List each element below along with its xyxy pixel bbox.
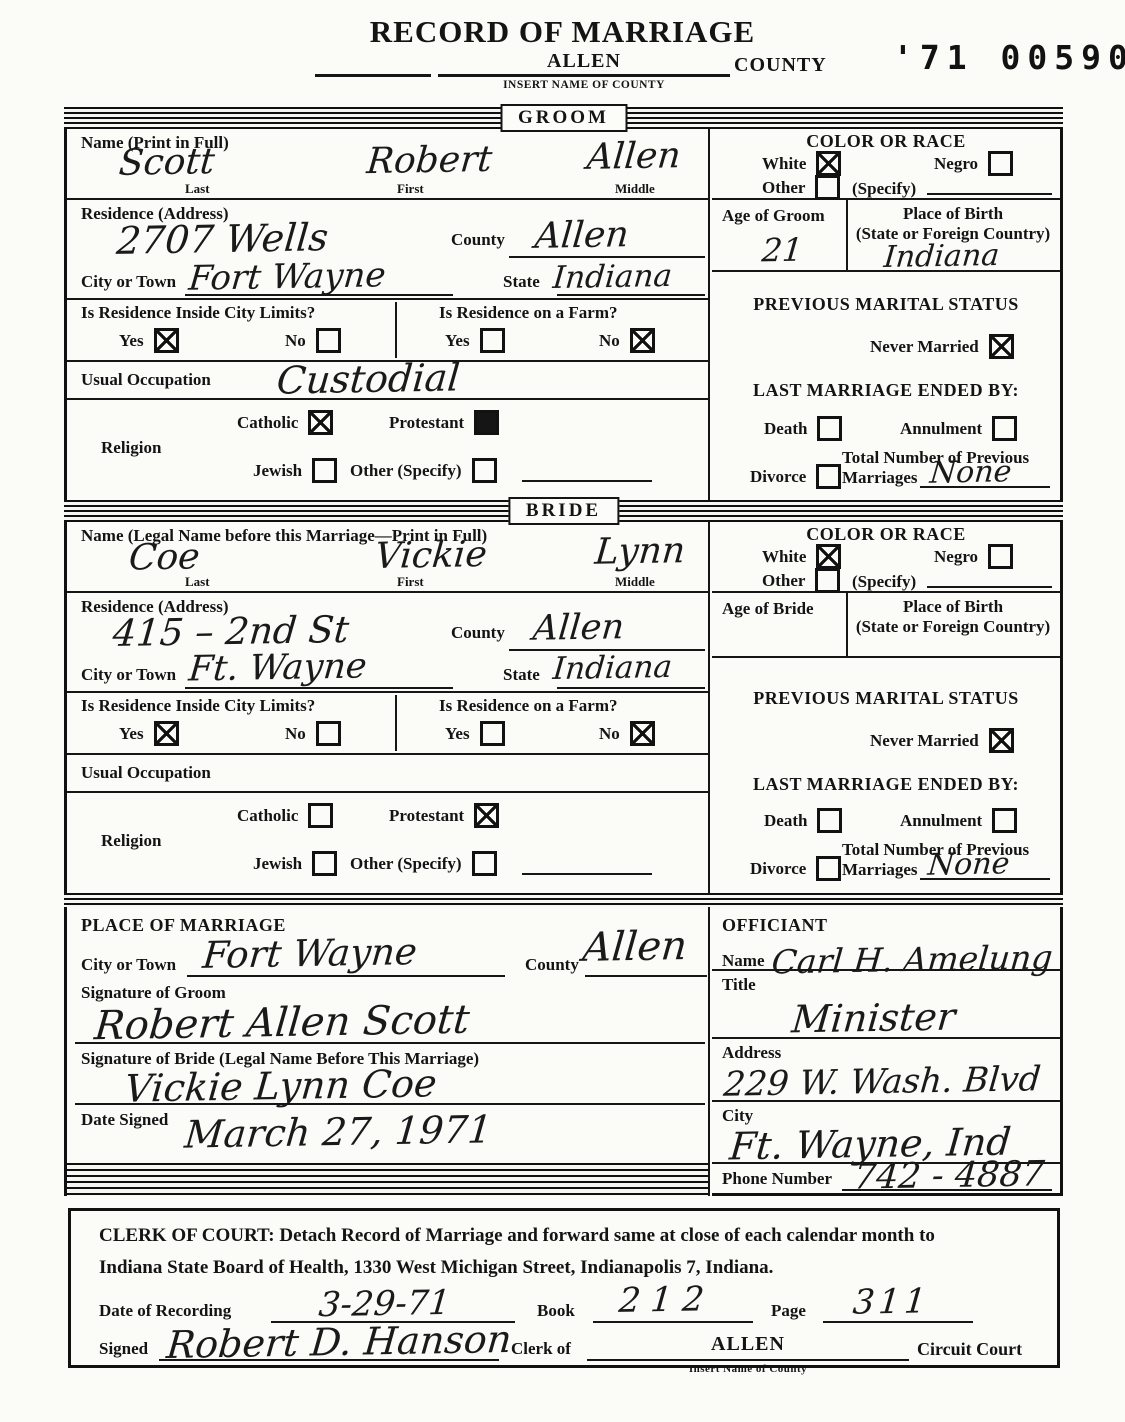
groom-pms-title: PREVIOUS MARITAL STATUS — [712, 294, 1060, 315]
groom-right-column: COLOR OR RACE White Negro Other (Specify… — [712, 129, 1060, 500]
bride-white-checkbox — [816, 544, 841, 569]
bride-limits-no-checkbox — [316, 721, 341, 746]
bride-occupation-label: Usual Occupation — [81, 763, 211, 783]
bride-limits-no-label: No — [285, 724, 306, 744]
groom-limits-no-checkbox — [316, 328, 341, 353]
officiant-title: OFFICIANT — [722, 915, 828, 936]
bride-death-checkbox — [817, 808, 842, 833]
bride-first-name-value: Vickie — [373, 537, 488, 575]
officiant-address-line — [712, 1100, 1060, 1102]
groom-age-row: Age of Groom 21 Place of Birth (State or… — [712, 200, 1060, 272]
bride-jewish-label: Jewish — [253, 854, 302, 874]
header-county-name: ALLEN — [438, 50, 730, 73]
bride-limits-question: Is Residence Inside City Limits? — [81, 696, 315, 716]
groom-state-label: State — [503, 272, 540, 292]
groom-signature-label: Signature of Groom — [81, 983, 226, 1003]
groom-jewish-label: Jewish — [253, 461, 302, 481]
groom-other-religion-label: Other (Specify) — [350, 461, 462, 481]
bride-negro-label: Negro — [934, 547, 978, 567]
groom-race-specify-label: (Specify) — [852, 179, 916, 199]
groom-protestant-label: Protestant — [389, 413, 464, 433]
groom-last-name-value: Scott — [117, 144, 216, 182]
bride-farm-question: Is Residence on a Farm? — [439, 696, 617, 716]
bride-other-religion-line — [522, 851, 652, 875]
form-right-edge — [1060, 107, 1063, 1196]
bride-section-title: BRIDE — [508, 497, 619, 525]
groom-section-bar: GROOM — [64, 107, 1063, 129]
bride-residence-value: 415 – 2nd St — [111, 611, 350, 652]
bride-other-religion-label: Other (Specify) — [350, 854, 462, 874]
bride-section-bar: BRIDE — [64, 500, 1063, 522]
bride-signature-line — [75, 1103, 705, 1105]
record-number-stamp: '71 005907 — [893, 38, 1125, 77]
groom-limits-divider — [395, 302, 397, 358]
groom-first-caption: First — [397, 181, 424, 197]
groom-negro-label: Negro — [934, 154, 978, 174]
bride-last-caption: Last — [185, 574, 210, 590]
bride-county-value: Allen — [531, 610, 625, 647]
groom-residence-value: 2707 Wells — [115, 218, 330, 260]
bride-birth-label: Place of Birth — [846, 597, 1060, 617]
groom-age-value: 21 — [761, 234, 805, 267]
bride-religion-row: Religion Catholic Protestant Jewish Othe… — [67, 793, 708, 893]
bride-protestant-label: Protestant — [389, 806, 464, 826]
groom-first-name-value: Robert — [365, 142, 493, 180]
place-county-label: County — [525, 955, 579, 975]
place-of-marriage-section: PLACE OF MARRIAGE City or Town Fort Wayn… — [67, 907, 710, 1196]
bride-annulment-checkbox — [992, 808, 1017, 833]
recording-date-value: 3-29-71 — [317, 1286, 451, 1322]
bride-last-name-value: Coe — [127, 539, 201, 576]
groom-ended-title: LAST MARRIAGE ENDED BY: — [712, 380, 1060, 401]
bride-farm-no-label: No — [599, 724, 620, 744]
groom-occupation-value: Custodial — [275, 358, 461, 399]
clerk-instructions-line1: CLERK OF COURT: Detach Record of Marriag… — [99, 1225, 935, 1247]
groom-limits-yes-label: Yes — [119, 331, 144, 351]
clerk-of-label: Clerk of — [511, 1339, 571, 1359]
officiant-title-label: Title — [722, 975, 756, 995]
bride-limits-divider — [395, 695, 397, 751]
bride-ended-title: LAST MARRIAGE ENDED BY: — [712, 774, 1060, 795]
clerk-county-value: ALLEN — [587, 1333, 909, 1356]
bride-death-label: Death — [764, 811, 807, 831]
bride-jewish-checkbox — [312, 851, 337, 876]
groom-limits-question: Is Residence Inside City Limits? — [81, 303, 315, 323]
bride-marriages-label: Marriages — [842, 860, 918, 880]
bride-right-column: COLOR OR RACE White Negro Other (Specify… — [712, 522, 1060, 893]
bride-residence-row: Residence (Address) 415 – 2nd St County … — [67, 593, 708, 693]
clerk-signed-value: Robert D. Hanson — [165, 1320, 513, 1364]
bride-protestant-checkbox — [474, 803, 499, 828]
bride-signature-value: Vickie Lynn Coe — [123, 1064, 438, 1107]
groom-city-value: Fort Wayne — [187, 258, 387, 295]
date-signed-value: March 27, 1971 — [183, 1110, 494, 1153]
groom-annulment-checkbox — [992, 416, 1017, 441]
groom-residence-row: Residence (Address) 2707 Wells County Al… — [67, 200, 708, 300]
header-underline-county — [438, 74, 730, 77]
officiant-phone-line — [842, 1169, 1052, 1191]
bride-limits-yes-checkbox — [154, 721, 179, 746]
bride-limits-yes-label: Yes — [119, 724, 144, 744]
bride-marital-row: PREVIOUS MARITAL STATUS Never Married LA… — [712, 658, 1060, 893]
bride-farm-yes-checkbox — [480, 721, 505, 746]
bride-state-value: Indiana — [552, 652, 674, 685]
bride-middle-name-value: Lynn — [593, 533, 686, 571]
recording-date-label: Date of Recording — [99, 1301, 231, 1321]
groom-middle-caption: Middle — [615, 181, 655, 197]
bride-annulment-label: Annulment — [900, 811, 982, 831]
groom-county-label: County — [451, 230, 505, 250]
bride-first-caption: First — [397, 574, 424, 590]
officiant-address-value: 229 W. Wash. Blvd — [722, 1062, 1042, 1102]
bride-name-row: Name (Legal Name before this Marriage—Pr… — [67, 522, 708, 593]
bride-limits-row: Is Residence Inside City Limits? Is Resi… — [67, 693, 708, 755]
groom-birth-value: Indiana — [883, 241, 1001, 273]
section-divider-bar — [64, 893, 1063, 907]
bride-left-column: Name (Legal Name before this Marriage—Pr… — [67, 522, 710, 893]
groom-left-column: Name (Print in Full) Scott Robert Allen … — [67, 129, 710, 500]
officiant-phone-label: Phone Number — [722, 1169, 832, 1189]
groom-religion-row: Religion Catholic Protestant Jewish Othe… — [67, 400, 708, 500]
groom-race-specify-line — [927, 175, 1052, 195]
header-county-word: COUNTY — [734, 54, 827, 77]
clerk-instructions-line2: Indiana State Board of Health, 1330 West… — [99, 1257, 773, 1279]
bride-other-religion-checkbox — [472, 851, 497, 876]
groom-white-label: White — [762, 154, 806, 174]
groom-divorce-label: Divorce — [750, 467, 806, 487]
groom-negro-checkbox — [988, 151, 1013, 176]
groom-occupation-label: Usual Occupation — [81, 370, 211, 390]
bride-religion-label: Religion — [101, 831, 161, 851]
groom-religion-label: Religion — [101, 438, 161, 458]
officiant-section: OFFICIANT Name Carl H. Amelung Title Min… — [712, 907, 1060, 1196]
officiant-name-line — [712, 969, 1060, 971]
bride-other-race-checkbox — [815, 568, 840, 593]
groom-farm-no-label: No — [599, 331, 620, 351]
officiant-title-value: Minister — [790, 998, 957, 1039]
form-body: GROOM Name (Print in Full) Scott Robert … — [64, 107, 1063, 1196]
groom-county-value: Allen — [533, 217, 630, 255]
bride-negro-checkbox — [988, 544, 1013, 569]
officiant-name-value: Carl H. Amelung — [770, 941, 1054, 979]
place-city-label: City or Town — [81, 955, 176, 975]
groom-limits-no-label: No — [285, 331, 306, 351]
groom-birth-label: Place of Birth — [846, 204, 1060, 224]
place-county-value: Allen — [581, 926, 689, 968]
bride-catholic-label: Catholic — [237, 806, 298, 826]
officiant-name-label: Name — [722, 951, 764, 971]
groom-farm-yes-label: Yes — [445, 331, 470, 351]
bride-county-label: County — [451, 623, 505, 643]
groom-limits-row: Is Residence Inside City Limits? Is Resi… — [67, 300, 708, 362]
groom-farm-yes-checkbox — [480, 328, 505, 353]
bride-age-label: Age of Bride — [722, 599, 814, 619]
bride-city-value: Ft. Wayne — [187, 649, 368, 687]
groom-limits-yes-checkbox — [154, 328, 179, 353]
groom-white-checkbox — [816, 151, 841, 176]
date-signed-label: Date Signed — [81, 1110, 168, 1130]
groom-age-label: Age of Groom — [722, 206, 825, 226]
groom-signature-line — [75, 1042, 705, 1044]
groom-protestant-checkbox — [474, 410, 499, 435]
header-underline-left — [315, 74, 431, 77]
groom-death-label: Death — [764, 419, 807, 439]
groom-farm-question: Is Residence on a Farm? — [439, 303, 617, 323]
groom-catholic-checkbox — [308, 410, 333, 435]
bride-farm-no-checkbox — [630, 721, 655, 746]
bride-birth-sublabel: (State or Foreign Country) — [846, 617, 1060, 637]
groom-other-religion-checkbox — [472, 458, 497, 483]
groom-death-checkbox — [817, 416, 842, 441]
groom-annulment-label: Annulment — [900, 419, 982, 439]
groom-farm-no-checkbox — [630, 328, 655, 353]
bride-never-married-label: Never Married — [870, 731, 979, 751]
groom-never-married-checkbox — [989, 334, 1014, 359]
bride-divorce-checkbox — [816, 856, 841, 881]
officiant-city-label: City — [722, 1106, 753, 1126]
header-county-caption: INSERT NAME OF COUNTY — [438, 79, 730, 91]
book-value: 212 — [617, 1282, 715, 1318]
groom-other-race-label: Other — [762, 178, 805, 198]
groom-last-caption: Last — [185, 181, 210, 197]
clerk-county-caption: Insert Name of County — [587, 1363, 909, 1375]
bride-race-row: COLOR OR RACE White Negro Other (Specify… — [712, 522, 1060, 593]
groom-marriages-label: Marriages — [842, 468, 918, 488]
bride-occupation-row: Usual Occupation — [67, 755, 708, 793]
clerk-of-court-box: CLERK OF COURT: Detach Record of Marriag… — [68, 1208, 1060, 1368]
bride-other-race-label: Other — [762, 571, 805, 591]
clerk-signed-label: Signed — [99, 1339, 148, 1359]
groom-catholic-label: Catholic — [237, 413, 298, 433]
groom-jewish-checkbox — [312, 458, 337, 483]
groom-other-religion-line — [522, 458, 652, 482]
bride-never-married-checkbox — [989, 728, 1014, 753]
page-label: Page — [771, 1301, 806, 1321]
groom-other-race-checkbox — [815, 175, 840, 200]
circuit-court-label: Circuit Court — [917, 1339, 1022, 1360]
page-value: 311 — [851, 1284, 931, 1319]
bride-race-specify-line — [927, 568, 1052, 588]
bride-city-label: City or Town — [81, 665, 176, 685]
groom-state-value: Indiana — [552, 261, 674, 294]
bride-farm-yes-label: Yes — [445, 724, 470, 744]
bride-race-title: COLOR OR RACE — [712, 524, 1060, 545]
groom-middle-name-value: Allen — [585, 138, 682, 176]
groom-divorce-checkbox — [816, 464, 841, 489]
bride-pms-title: PREVIOUS MARITAL STATUS — [712, 688, 1060, 709]
bride-race-specify-label: (Specify) — [852, 572, 916, 592]
groom-name-row: Name (Print in Full) Scott Robert Allen … — [67, 129, 708, 200]
groom-occupation-row: Usual Occupation Custodial — [67, 362, 708, 400]
book-label: Book — [537, 1301, 575, 1321]
groom-section-title: GROOM — [500, 104, 627, 132]
groom-signature-value: Robert Allen Scott — [93, 1000, 471, 1047]
groom-marital-row: PREVIOUS MARITAL STATUS Never Married LA… — [712, 272, 1060, 500]
place-bottom-bar — [67, 1163, 708, 1196]
bride-white-label: White — [762, 547, 806, 567]
bride-age-row: Age of Bride Place of Birth (State or Fo… — [712, 593, 1060, 658]
groom-city-label: City or Town — [81, 272, 176, 292]
place-city-value: Fort Wayne — [201, 933, 418, 974]
officiant-title-line — [712, 1037, 1060, 1039]
groom-never-married-label: Never Married — [870, 337, 979, 357]
groom-race-title: COLOR OR RACE — [712, 131, 1060, 152]
bride-divorce-label: Divorce — [750, 859, 806, 879]
bride-prev-marriages-value: None — [927, 849, 1011, 880]
officiant-address-label: Address — [722, 1043, 781, 1063]
groom-prev-marriages-value: None — [929, 457, 1013, 488]
bride-state-label: State — [503, 665, 540, 685]
marriage-record-document: RECORD OF MARRIAGE ALLEN INSERT NAME OF … — [0, 0, 1125, 1422]
bride-catholic-checkbox — [308, 803, 333, 828]
bride-middle-caption: Middle — [615, 574, 655, 590]
groom-race-row: COLOR OR RACE White Negro Other (Specify… — [712, 129, 1060, 200]
